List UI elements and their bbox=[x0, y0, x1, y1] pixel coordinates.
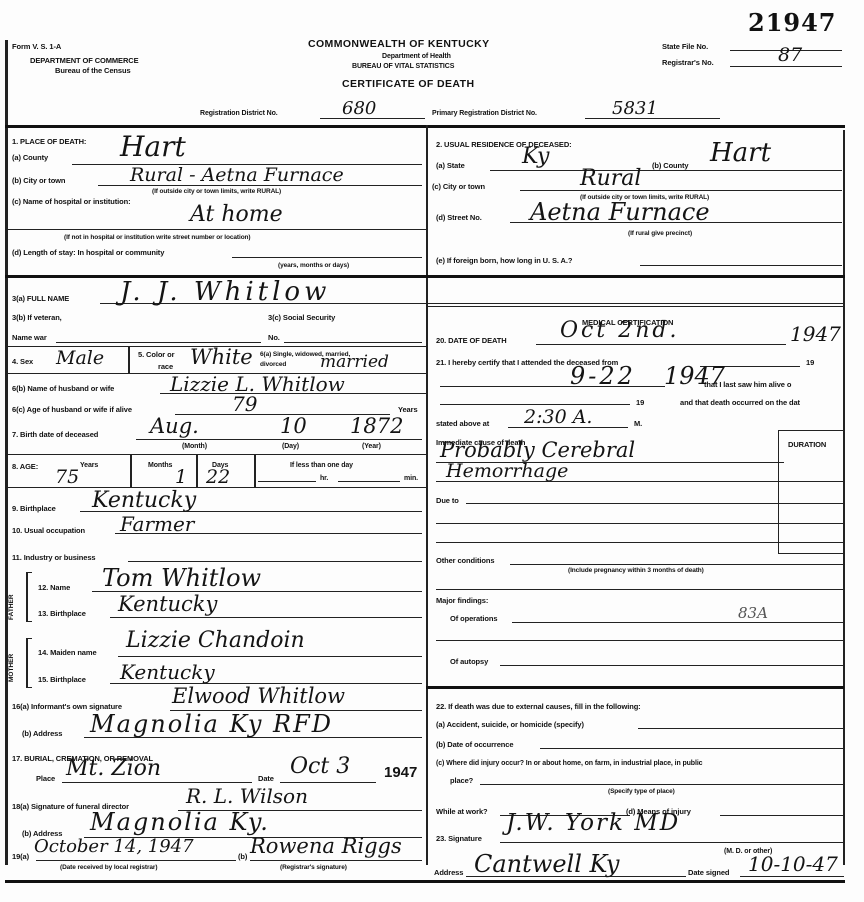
death-year-value: 1947 bbox=[790, 322, 841, 346]
race-label: race bbox=[158, 362, 173, 371]
mother-birthplace-value: Kentucky bbox=[120, 660, 215, 684]
operations-line-2 bbox=[436, 640, 844, 641]
death-date-value: Oct 2nd. bbox=[560, 318, 679, 343]
row-divider-8 bbox=[5, 487, 426, 488]
stay-line bbox=[232, 257, 422, 258]
industry-label: 11. Industry or business bbox=[12, 553, 95, 562]
accident-label: (a) Accident, suicide, or homicide (spec… bbox=[436, 720, 584, 729]
mother-maiden-label: 14. Maiden name bbox=[38, 648, 97, 657]
stated-label: stated above at bbox=[436, 419, 489, 428]
autopsy-label: Of autopsy bbox=[450, 657, 488, 666]
father-name-label: 12. Name bbox=[38, 583, 70, 592]
place-note: (Specify type of place) bbox=[608, 788, 675, 795]
stamp-number: 21947 bbox=[748, 8, 837, 37]
due-to-line-1 bbox=[466, 503, 844, 504]
primary-reg-value: 5831 bbox=[612, 98, 658, 119]
industry-line bbox=[128, 561, 422, 562]
city-label: (b) City or town bbox=[12, 176, 65, 185]
birth-day-value: 10 bbox=[280, 414, 307, 438]
lt-day-label: If less than one day bbox=[290, 462, 353, 469]
age-divider-3 bbox=[254, 454, 256, 487]
years-label: Years bbox=[398, 405, 418, 414]
min-line bbox=[338, 481, 400, 482]
informant-address-label: (b) Address bbox=[22, 729, 62, 738]
other-conditions-line bbox=[510, 564, 844, 565]
time-value: 2:30 A. bbox=[524, 406, 592, 428]
mother-birthplace-label: 15. Birthplace bbox=[38, 675, 86, 684]
certify-to-value: 9-22 bbox=[570, 362, 636, 390]
where-label: (c) Where did injury occur? In or about … bbox=[436, 760, 702, 767]
registrars-no-value: 87 bbox=[778, 44, 802, 66]
foreign-line bbox=[640, 265, 842, 266]
due-to-line-2 bbox=[436, 523, 844, 524]
occurrence-label: (b) Date of occurrence bbox=[436, 740, 513, 749]
bureau-census: Bureau of the Census bbox=[55, 66, 131, 75]
city-note: (If outside city or town limits, write R… bbox=[152, 188, 281, 195]
residence-label: 2. USUAL RESIDENCE OF DECEASED: bbox=[436, 140, 572, 149]
war-line bbox=[56, 342, 261, 343]
informant-address-value: Magnolia Ky RFD bbox=[90, 710, 333, 738]
bottom-border bbox=[5, 880, 845, 883]
received-value: October 14, 1947 bbox=[34, 836, 194, 857]
burial-date-label: Date bbox=[258, 774, 274, 783]
reg-district-label: Registration District No. bbox=[200, 110, 278, 117]
header-divider bbox=[5, 125, 845, 128]
res-street-note: (If rural give precinct) bbox=[628, 230, 692, 237]
last-seen-label: that I last saw him alive o bbox=[704, 380, 791, 389]
full-name-value: J. J. Whitlow bbox=[120, 277, 330, 307]
center-divider bbox=[426, 125, 428, 865]
res-street-value: Aetna Furnace bbox=[530, 198, 710, 226]
month-label: (Month) bbox=[182, 443, 207, 450]
other-conditions-label: Other conditions bbox=[436, 556, 494, 565]
signature-line bbox=[500, 842, 844, 843]
certificate-title: CERTIFICATE OF DEATH bbox=[342, 78, 474, 90]
date-signed-label: Date signed bbox=[688, 868, 729, 877]
burial-year-value: 1947 bbox=[384, 764, 417, 781]
year-prefix-2: 19 bbox=[636, 398, 644, 407]
mother-brace bbox=[26, 638, 32, 688]
birth-label: 7. Birth date of deceased bbox=[12, 430, 98, 439]
occupation-label: 10. Usual occupation bbox=[12, 526, 85, 535]
age-months-value: 1 bbox=[175, 466, 187, 488]
county-label: (a) County bbox=[12, 153, 48, 162]
reg-district-value: 680 bbox=[342, 98, 376, 119]
occurrence-line bbox=[540, 748, 844, 749]
registrars-no-label: Registrar's No. bbox=[662, 58, 714, 67]
burial-place-label: Place bbox=[36, 774, 55, 783]
county-value: Hart bbox=[120, 130, 186, 163]
work-label: While at work? bbox=[436, 807, 488, 816]
res-city-line bbox=[520, 190, 842, 191]
address-value: Cantwell Ky bbox=[474, 850, 619, 878]
received-line bbox=[36, 860, 236, 861]
death-date-label: 20. DATE OF DEATH bbox=[436, 336, 507, 345]
received-label: 19(a) bbox=[12, 852, 29, 861]
res-state-label: (a) State bbox=[436, 161, 465, 170]
res-state-value: Ky bbox=[522, 144, 549, 169]
min-label: min. bbox=[404, 475, 418, 482]
accident-line bbox=[638, 728, 844, 729]
place-of-death-label: 1. PLACE OF DEATH: bbox=[12, 137, 86, 146]
birthplace-label: 9. Birthplace bbox=[12, 504, 56, 513]
row-divider-7 bbox=[5, 454, 426, 455]
burial-place-value: Mt. Zion bbox=[66, 756, 161, 781]
birth-line bbox=[136, 439, 422, 440]
birthplace-value: Kentucky bbox=[92, 488, 196, 513]
father-side-label: FATHER bbox=[8, 594, 15, 620]
res-city-value: Rural bbox=[580, 166, 641, 191]
hr-line bbox=[258, 481, 316, 482]
medical-end-divider bbox=[426, 686, 844, 689]
ssn-line bbox=[284, 342, 422, 343]
duration-label: DURATION bbox=[788, 440, 826, 449]
spouse-age-value: 79 bbox=[232, 392, 257, 416]
director-value: R. L. Wilson bbox=[186, 784, 308, 808]
informant-value: Elwood Whitlow bbox=[172, 684, 345, 708]
birth-month-value: Aug. bbox=[150, 414, 199, 438]
father-name-value: Tom Whitlow bbox=[102, 564, 261, 592]
other-note: (Include pregnancy within 3 months of de… bbox=[568, 567, 704, 574]
age-years-value: 75 bbox=[55, 466, 79, 488]
age-label: 8. AGE: bbox=[12, 462, 38, 471]
stay-label: (d) Length of stay: In hospital or commu… bbox=[12, 248, 164, 257]
spouse-age-label: 6(c) Age of husband or wife if alive bbox=[12, 405, 132, 414]
due-to-label: Due to bbox=[436, 496, 459, 505]
left-border bbox=[5, 40, 8, 865]
hospital-value: At home bbox=[190, 202, 283, 227]
res-street-label: (d) Street No. bbox=[436, 213, 482, 222]
burial-date-value: Oct 3 bbox=[290, 754, 350, 779]
address-label: Address bbox=[434, 868, 463, 877]
sex-divider bbox=[128, 346, 130, 373]
operations-label: Of operations bbox=[450, 614, 497, 623]
place-label: place? bbox=[450, 776, 473, 785]
due-to-line-3 bbox=[436, 542, 844, 543]
hospital-label: (c) Name of hospital or institution: bbox=[12, 197, 130, 206]
registrar-label: (b) bbox=[238, 852, 247, 861]
death-date-line bbox=[536, 344, 786, 345]
age-years-label: Years bbox=[80, 462, 98, 469]
spouse-label: 6(b) Name of husband or wife bbox=[12, 384, 114, 393]
dept-commerce: DEPARTMENT OF COMMERCE bbox=[30, 56, 139, 65]
mother-side-label: MOTHER bbox=[8, 654, 15, 682]
major-findings-label: Major findings: bbox=[436, 596, 488, 605]
state-file-label: State File No. bbox=[662, 42, 708, 51]
hr-label: hr. bbox=[320, 475, 328, 482]
ssn-no-label: No. bbox=[268, 333, 280, 342]
operations-code: 83A bbox=[738, 604, 768, 622]
ssn-label: 3(c) Social Security bbox=[268, 313, 335, 322]
hospital-note: (If not in hospital or institution write… bbox=[64, 234, 251, 241]
immediate-cause-2: Hemorrhage bbox=[446, 460, 568, 482]
war-label: Name war bbox=[12, 333, 47, 342]
race-value: White bbox=[190, 345, 253, 369]
father-birthplace-line bbox=[110, 617, 422, 618]
registrar-note: (Registrar's signature) bbox=[280, 864, 347, 871]
res-city-label: (c) City or town bbox=[432, 182, 485, 191]
signature-label: 23. Signature bbox=[436, 834, 482, 843]
age-divider-1 bbox=[130, 454, 132, 487]
father-birthplace-value: Kentucky bbox=[118, 592, 217, 616]
mother-maiden-value: Lizzie Chandoin bbox=[126, 628, 305, 653]
birth-year-value: 1872 bbox=[350, 414, 403, 438]
foreign-label: (e) If foreign born, how long in U. S. A… bbox=[436, 256, 572, 265]
autopsy-line bbox=[500, 665, 844, 666]
father-birthplace-label: 13. Birthplace bbox=[38, 609, 86, 618]
mother-maiden-line bbox=[118, 656, 422, 657]
occupation-value: Farmer bbox=[120, 512, 194, 536]
stay-note: (years, months or days) bbox=[278, 262, 349, 269]
commonwealth-title: COMMONWEALTH OF KENTUCKY bbox=[308, 38, 489, 50]
city-value: Rural - Aetna Furnace bbox=[130, 164, 344, 186]
age-divider-2 bbox=[196, 454, 198, 487]
other-line-2 bbox=[436, 589, 844, 590]
father-brace bbox=[26, 572, 32, 622]
primary-reg-label: Primary Registration District No. bbox=[432, 110, 537, 117]
received-note: (Date received by local registrar) bbox=[60, 864, 157, 871]
place-line bbox=[480, 784, 844, 785]
day-label: (Day) bbox=[282, 443, 299, 450]
immediate-cause-1: Probably Cerebral bbox=[440, 438, 635, 462]
m-label: M. bbox=[634, 419, 642, 428]
form-id: Form V. S. 1-A bbox=[12, 42, 61, 51]
sex-label: 4. Sex bbox=[12, 357, 33, 366]
veteran-label: 3(b) If veteran, bbox=[12, 313, 62, 322]
marital-value: married bbox=[320, 352, 389, 372]
operations-line bbox=[512, 622, 844, 623]
age-months-label: Months bbox=[148, 462, 172, 469]
medical-divider bbox=[426, 306, 844, 307]
date-signed-line bbox=[740, 876, 844, 877]
registrar-value: Rowena Riggs bbox=[250, 834, 402, 858]
means-line bbox=[720, 815, 844, 816]
director-address-value: Magnolia Ky. bbox=[90, 808, 270, 836]
dept-health: Department of Health bbox=[382, 53, 451, 60]
death-occurred-label: and that death occurred on the dat bbox=[680, 398, 800, 407]
external-label: 22. If death was due to external causes,… bbox=[436, 702, 641, 711]
bureau-vital: BUREAU OF VITAL STATISTICS bbox=[352, 63, 454, 70]
hospital-line bbox=[5, 229, 426, 230]
signature-value: J.W. York MD bbox=[506, 810, 680, 836]
sex-value: Male bbox=[56, 347, 104, 369]
color-label: 5. Color or bbox=[138, 350, 174, 359]
registrars-no-line bbox=[730, 66, 842, 67]
registrar-line bbox=[250, 860, 422, 861]
res-county-value: Hart bbox=[710, 138, 771, 168]
date-signed-value: 10-10-47 bbox=[748, 852, 838, 876]
res-county-label: (b) County bbox=[652, 161, 689, 170]
year-label: (Year) bbox=[362, 443, 381, 450]
full-name-label: 3(a) FULL NAME bbox=[12, 294, 69, 303]
age-days-value: 22 bbox=[206, 466, 230, 488]
from-year-prefix: 19 bbox=[806, 358, 814, 367]
res-state-line bbox=[490, 170, 842, 171]
